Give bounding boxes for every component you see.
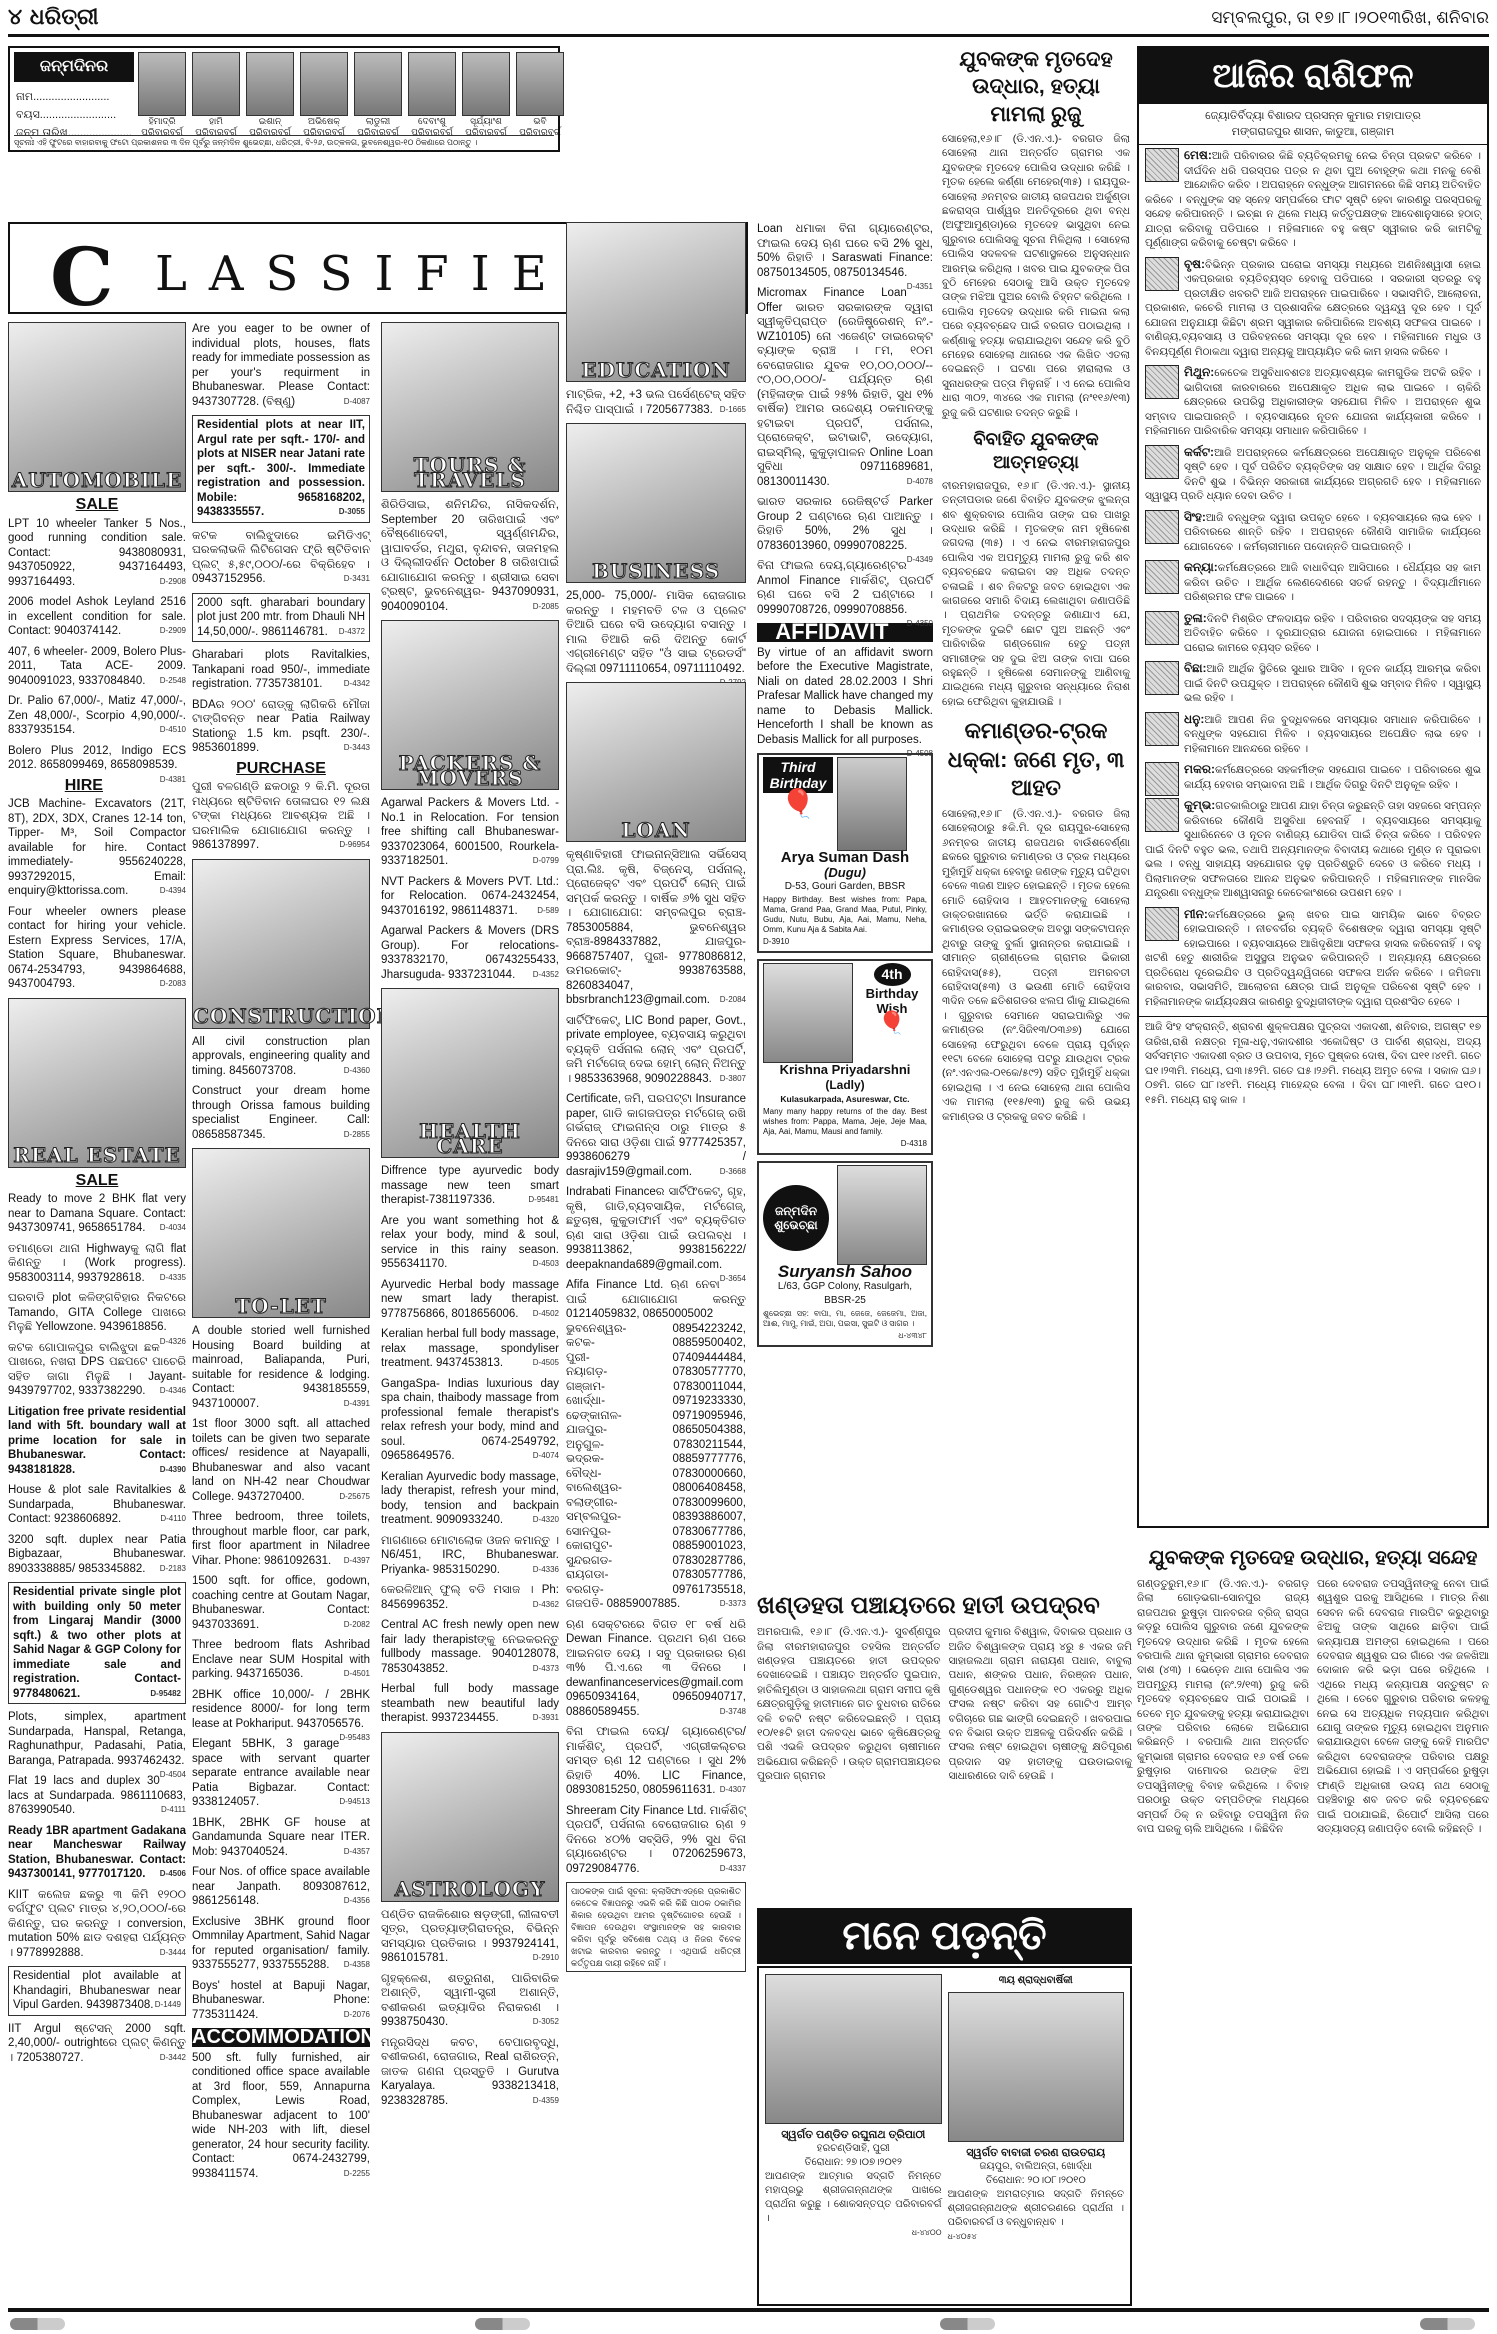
zodiac-icon: [1145, 148, 1179, 182]
classified-ad: 407, 6 wheeler- 2009, Bolero Plus- 2011,…: [8, 645, 186, 689]
classified-ad: Four Nos. of office space available near…: [192, 1865, 370, 1909]
ad-code: D-94513: [339, 1795, 370, 1810]
branch-row: ରାୟଗଡା-07830577786,: [566, 1568, 746, 1583]
registration-mark: [940, 2318, 995, 2330]
ad-code: D-2908: [160, 575, 186, 590]
ad-code: D-4362: [533, 1598, 559, 1613]
classified-ad: ଭାରତ ସରକାର ରେଜିଷ୍ଟର୍ଡ Parker Group 2 ଘଣ୍…: [757, 495, 933, 553]
ad-code: D-4320: [533, 1513, 559, 1528]
rashi-sign: ମକର:କର୍ମକ୍ଷେତ୍ରରେ ସହକର୍ମୀଙ୍କ ସହଯୋଗ ପାଇବେ…: [1139, 759, 1487, 795]
branch-row: ପୁରୀ-07409444484,: [566, 1351, 746, 1366]
ad-code: D-2855: [344, 1128, 370, 1143]
branch-row: ବରଗଡ଼-09761735518,: [566, 1583, 746, 1598]
classified-col-2: Are you eager to be owner of individual …: [192, 322, 370, 2187]
classified-ad: Exclusive 3BHK ground floor Ommnilay Apa…: [192, 1915, 370, 1973]
classified-ad: ଗୃହକ୍ଳେଶ, ଶତ୍ରୁନାଶ, ପାରିବାରିକ ଅଶାନ୍ତି, ସ…: [381, 1972, 559, 2030]
branch-row: ବଲାଙ୍ଗୀର-07830099600,: [566, 1496, 746, 1511]
kid-photo-card: ଇଶାନ୍ପରିବାରବର୍ଗ: [246, 52, 294, 138]
classified-ad: 1500 sqft. for office, godown, coaching …: [192, 1574, 370, 1632]
ad-code: D-4087: [344, 395, 370, 410]
balloons-icon: 🎈: [857, 1016, 927, 1031]
classified-ad: Agarwal Packers & Movers (DRS Group). Fo…: [381, 924, 559, 982]
ad-code: D-4111: [161, 1803, 186, 1818]
rashifal-author: ଜ୍ୟୋତିର୍ବିଦ୍ୟା ବିଶାରଦ ପ୍ରସନ୍ନ କୁମାର ମହାପ…: [1139, 104, 1487, 145]
ad-code: D-4381: [160, 773, 186, 788]
ad-code: D-4505: [533, 1356, 559, 1371]
ad-code: D-2085: [533, 600, 559, 615]
classified-ad: Certificate, ଜମି, ଘରପଟ୍ଟା Insurance pape…: [566, 1092, 746, 1179]
classified-ad: Residential plot available at Khandagiri…: [8, 1966, 186, 2016]
photo-raghunath: [765, 1974, 942, 2124]
logo-rest: LASSIFIED: [155, 246, 629, 302]
branch-row: ଭଦ୍ରକ-08859777776,: [566, 1452, 746, 1467]
kid-photo: [192, 52, 240, 116]
classified-ad: Plots, simplex, apartment Sundarpada, Ha…: [8, 1710, 186, 1768]
classified-ad: Agarwal Packers & Movers Ltd. - No.1 in …: [381, 796, 559, 869]
zodiac-icon: [1145, 365, 1179, 399]
birthday-wishes-box: ଜନ୍ମଦିନର ଶୁଭେଚ୍ଛା ନାମ...................…: [8, 46, 560, 152]
ad-code: D-2255: [344, 2167, 370, 2182]
branch-row: କଟକ-08859500402,: [566, 1336, 746, 1351]
classified-ad: Ayurvedic Herbal body massage new smart …: [381, 1278, 559, 1322]
ad-code: D-3807: [720, 1072, 746, 1087]
classified-ad: Central AC fresh newly open new fair lad…: [381, 1618, 559, 1676]
classified-ad: Are you want something hot & relax your …: [381, 1214, 559, 1272]
ad-code: D-0799: [533, 854, 559, 869]
photo-krishna: [763, 963, 853, 1063]
ad-code: D-2910: [533, 1951, 559, 1966]
story1-headline: ଯୁବକଙ୍କ ମୃତଦେହ ଉଦ୍ଧାର, ହତ୍ୟା ମାମଲା ରୁଜୁ: [942, 46, 1130, 128]
ad-code: D-3431: [344, 572, 370, 587]
ad-code: D-4351: [907, 280, 933, 295]
story1-body: ସୋହେଲା,୧୬।୮ (ଡି.ଏନ.ଏ.)- ବରଗଡ ଜିଲା ସୋହେଲା…: [942, 132, 1130, 420]
ad-code: D-1665: [720, 403, 746, 418]
classified-col-4: EDUCATION ମାଟ୍ରିକ, +2, +3 ଭଲ ପର୍ସେଣ୍ଟେଜ୍…: [566, 222, 746, 1972]
classified-ad: 500 sft. fully furnished, air conditione…: [192, 2051, 370, 2182]
tours-image: TOURS & TRAVELS: [381, 322, 559, 492]
story2-body: ବୀରମହାରାଜପୁର, ୧୬।୮ (ଡି.ଏନ.ଏ.)- ସ୍ଥାନୀୟ ତ…: [942, 479, 1130, 710]
ad-code: D-2084: [720, 993, 746, 1008]
education-image: EDUCATION: [566, 222, 746, 382]
classified-ad: Litigation free private residential land…: [8, 1405, 186, 1478]
realestate-image: REAL ESTATE: [8, 998, 186, 1168]
balloons-icon: 🎈: [763, 797, 833, 812]
classified-ad: Three bedroom flats Ashribad Enclave nea…: [192, 1638, 370, 1682]
ad-code: D-4501: [344, 1667, 370, 1682]
classified-ad: Construct your dream home through Orissa…: [192, 1084, 370, 1142]
story4-headline: ଖଣ୍ଡହତା ପଞ୍ଚାୟତରେ ହାତୀ ଉପଦ୍ରବ: [757, 1590, 1132, 1621]
classified-ad: NVT Packers & Movers PVT. Ltd.: for Relo…: [381, 875, 559, 919]
branch-row: କୋରାପୁଟ-08859001023,: [566, 1539, 746, 1554]
kid-photo: [138, 52, 186, 116]
wish-suryansh: ଜନ୍ମଦିନ ଶୁଭେଚ୍ଛା Suryansh Sahoo L/63, GG…: [757, 1161, 933, 1347]
classified-ad: A double storied well furnished Housing …: [192, 1324, 370, 1411]
ad-code: D-96954: [339, 838, 370, 853]
classified-ad: ମନ୍ତ୍ରସିଦ୍ଧ କବଚ, ବେପାରବୃଦ୍ଧି, ବଶୀକରଣ, ରୋ…: [381, 2036, 559, 2109]
branch-row: ଭୁବନେଶ୍ୱର-08954223242,: [566, 1322, 746, 1337]
rashi-sign: ବୃଷ:ବିଭିନ୍ନ ପ୍ରକାର ଘରୋଇ ସମସ୍ୟା ମଧ୍ୟରେ ଅଣ…: [1139, 254, 1487, 363]
memorial-left: ସ୍ୱର୍ଗତ ପଣ୍ଡିତ ରଘୁନାଥ ତ୍ରିପାଠୀ ହରଚଣ୍ଡିସା…: [765, 1974, 942, 2244]
affidavit-ad: By virtue of an affidavit sworn before t…: [757, 646, 933, 748]
rashi-sign: ମେଷ:ଆଜି ପରିବାରର କିଛି ବ୍ୟତିକ୍ରମକୁ ନେଇ ଚିନ…: [1139, 145, 1487, 254]
wish-arya: Third Birthday 🎈 Arya Suman Dash (Dugu) …: [757, 753, 933, 953]
ad-code: D-95482: [150, 1687, 181, 1702]
classified-ad: Herbal full body massage steambath new b…: [381, 1682, 559, 1726]
wish-krishna: 4th Birthday Wish 🎈 Krishna Priyadarshni…: [757, 959, 933, 1155]
photo-arya: [837, 757, 907, 851]
classified-ad: BDAର ୨୦୦' ରୋଡ୍‌କୁ ଲାଗିକରି ମୌଜା ଟାଙ୍ଗିବନ୍…: [192, 698, 370, 756]
memorial-title: ମନେ ପଡ଼ନ୍ତି: [757, 1908, 1132, 1964]
ad-code: D-3444: [160, 1946, 186, 1961]
kid-photo: [516, 52, 564, 116]
sale-heading: SALE: [8, 498, 186, 513]
classified-ad: Micromax Finance Loan Offer ଭାରତ ସରକାରଙ୍…: [757, 286, 933, 489]
page-number-title: ୪ ଧରିତ୍ରୀ: [8, 4, 99, 30]
ad-code: D-2076: [344, 2008, 370, 2023]
ad-code: D-2183: [160, 1562, 186, 1577]
ad-code: D-4391: [344, 1397, 370, 1412]
branch-row: ଢେଙ୍କାନାଳ-09719095946,: [566, 1409, 746, 1424]
classified-ad: KIIT କଲେଜ ଛକରୁ ୩ କିମି ୧୨୦୦ ବର୍ଗଫୁଟ ପ୍ଲଟ …: [8, 1888, 186, 1961]
zodiac-icon: [1145, 798, 1179, 832]
branch-row: ନୟାଗଡ଼-07830577770,: [566, 1365, 746, 1380]
construction-image: CONSTRUCTION: [192, 859, 370, 1029]
ad-code: D-4502: [533, 1307, 559, 1322]
ad-code: D-4349: [907, 553, 933, 568]
branch-row: ସୁନ୍ଦରଗଡ-07830287786,: [566, 1554, 746, 1569]
classified-ad: ବିନା ଫାଇଲ ଦେୟ,ଗ୍ୟାରେଣ୍ଟର Anmol Finance ମ…: [757, 559, 933, 617]
ad-code: D-3748: [720, 1705, 746, 1720]
rashifal-box: ଆଜିର ରାଶିଫଳ ଜ୍ୟୋତିର୍ବିଦ୍ୟା ବିଶାରଦ ପ୍ରସନ୍…: [1137, 46, 1489, 1528]
classified-ad: କେରଳିଆନ୍ ଫୁଲ୍ ବଡି ମସାଜ । Ph: 8456996352.…: [381, 1583, 559, 1612]
ad-code: D-4360: [344, 1064, 370, 1079]
kid-photo-card: ଭବିପରିବାରବର୍ଗ: [516, 52, 564, 138]
logo-c: C: [50, 230, 114, 324]
classified-ad: Are you eager to be owner of individual …: [192, 322, 370, 409]
dateline: ସମ୍ବଲପୁର, ତା ୧୭।୮।୨୦୧୩ରିଖ, ଶନିବାର: [1211, 8, 1489, 28]
realestate-sale-heading: SALE: [8, 1174, 186, 1189]
ad-code: D-4357: [344, 1845, 370, 1860]
afifa-finance-ad: Afifa Finance Ltd. ଋଣ ନେବା ପାଇଁ ଯୋଗାଯୋଗ …: [566, 1278, 746, 1612]
ad-code: D-3931: [533, 1711, 559, 1726]
classified-ad: LPT 10 wheeler Tanker 5 Nos., good runni…: [8, 517, 186, 590]
ad-code: D-4356: [344, 1894, 370, 1909]
story3-headline: କମାଣ୍ଡର-ଟ୍ରକ ଧକ୍କା: ଜଣେ ମୃତ, ୩ ଆହତ: [942, 717, 1130, 803]
classified-ad: ମାଗଣାରେ ମୋଟାଲୋକ ଓଜନ କମାନ୍ତୁ । N6/451, IR…: [381, 1534, 559, 1578]
classified-ad: 3200 sqft. duplex near Patia Bigbazaar, …: [8, 1533, 186, 1577]
kid-photo: [300, 52, 348, 116]
ad-code: D-4350: [907, 617, 933, 632]
classified-ad: ଋଣ ସେକ୍ଟରରେ ବିଗତ ୧୮ ବର୍ଷ ଧରି Dewan Finan…: [566, 1618, 746, 1720]
classified-ad: Elegant 5BHK, 3 garage space with servan…: [192, 1737, 370, 1810]
kid-photo: [354, 52, 402, 116]
ad-code: D-4359: [533, 2094, 559, 2109]
classified-ad: Loan ଧମାକା ବିନା ଗ୍ୟାରେଣ୍ଟର, ଫାଇଲ ଦେୟ ଋଣ …: [757, 222, 933, 280]
birthday-note: ସୂଚନାଃ ଏହି ଫୁଟରେ ବାହାରବାକୁ ଫଟୋ ପ୍ରକାଶନର …: [14, 135, 554, 148]
memorial-right: ୩ୟ ଶ୍ରାଦ୍ଧବାର୍ଷିକୀ ସ୍ୱର୍ଗତ ବାବାଜୀ ଚରଣ ରା…: [948, 1974, 1125, 2244]
ad-code: D-4397: [344, 1554, 370, 1569]
branch-row: ସମ୍ବଲପୁର-08393886007,: [566, 1510, 746, 1525]
zodiac-icon: [1145, 560, 1179, 594]
classified-ad: ପୁରୀ ବଳଗଣ୍ଡି ଛକଠାରୁ ୨ କି.ମି. ଦୂରତା ମଧ୍ୟର…: [192, 780, 370, 853]
form-age: ବୟସ.........................: [16, 106, 132, 124]
photo-babaji: [948, 1992, 1125, 2142]
story5-body-2: ପରେ ଦେବରାଜ ତପସ୍ୱିନୀଙ୍କୁ ନେବା ପାଇଁ ଶ୍ୱଶୁର…: [1317, 1577, 1489, 1836]
ad-code: D-4503: [533, 1257, 559, 1272]
accommodation-heading: ACCOMMODATION: [192, 2028, 370, 2047]
classified-col-5: Loan ଧମାକା ବିନା ଗ୍ୟାରେଣ୍ଟର, ଫାଇଲ ଦେୟ ଋଣ …: [757, 222, 933, 1347]
ad-code: D-4504: [160, 1768, 186, 1783]
ad-code: D-4110: [160, 1512, 186, 1527]
classified-ad: 2BHK office 10,000/- / 2BHK residence 80…: [192, 1688, 370, 1732]
zodiac-icon: [1145, 762, 1179, 796]
rashi-sign: ମୀନ:କର୍ମକ୍ଷେତ୍ରରେ ଭୁଲ୍ ଖବର ପାଇ ସାମୟିକ ଭା…: [1139, 904, 1487, 1013]
purchase-heading: PURCHASE: [192, 762, 370, 777]
ad-code: D-3668: [720, 1165, 746, 1180]
classified-ad: କଟକ ଗୋପାଳପୁର ବାଲିଝୁଦା ଛକ ପାଖରେ, ନଖରା DPS…: [8, 1341, 186, 1399]
classified-ad: 2000 sqft. gharabari boundary plot just …: [192, 593, 370, 643]
panjika: ଆଜି ସିଂହ ସଂକ୍ରାନ୍ତି, ଶ୍ରାବଣ ଶୁକ୍ଳପକ୍ଷର ପ…: [1139, 1016, 1487, 1110]
ad-code: D-95481: [528, 1193, 559, 1208]
branch-row: ଯାଜପୁର-08650504388,: [566, 1423, 746, 1438]
classified-ad: House & plot sale Ravitalkies & Sundarpa…: [8, 1483, 186, 1527]
classified-ad: Ready to move 2 BHK flat very near to Da…: [8, 1192, 186, 1236]
story2-headline: ବିବାହିତ ଯୁବକଙ୍କ ଆତ୍ମହତ୍ୟା: [942, 428, 1130, 475]
birthday-form: ନାମ......................... ବୟସ........…: [16, 88, 132, 142]
classified-ad: Residential plots at near IIT, Argul rat…: [192, 415, 370, 523]
ad-code: D-4342: [344, 677, 370, 692]
kids-photos: ହିମାଦ୍ରିପରିବାରବର୍ଗହାମିପରିବାରବର୍ଗଇଶାନ୍ପରି…: [138, 52, 564, 138]
zodiac-icon: [1145, 661, 1179, 695]
classified-ad: ଶିରିଡିସାଇ, ଶନିମନ୍ଦିର, ନାସିକଦର୍ଶନ, Septem…: [381, 498, 559, 614]
classified-ad: ତମାଣ୍ଡୋ ଥାନା Highwayକୁ ଲାଗି flat କିଣନ୍ତୁ…: [8, 1242, 186, 1286]
kid-photo: [246, 52, 294, 116]
ad-code: D-2909: [160, 624, 186, 639]
kid-photo-card: ହାମିପରିବାରବର୍ଗ: [192, 52, 240, 138]
classified-ad: Boys' hostel at Bapuji Nagar, Bhubaneswa…: [192, 1979, 370, 2023]
ad-code: D-1449: [155, 1998, 181, 2013]
classified-ad: Keralian Ayurvedic body massage, lady th…: [381, 1470, 559, 1528]
classified-col-1: AUTOMOBILE SALE LPT 10 wheeler Tanker 5 …: [8, 322, 186, 2071]
classified-ad: All civil construction plan approvals, e…: [192, 1035, 370, 1079]
classified-ad: Dr. Palio 67,000/-, Matiz 47,000/-, Zen …: [8, 694, 186, 738]
ad-code: D-4335: [160, 1271, 186, 1286]
ad-code: D-4394: [160, 884, 186, 899]
rashi-sign: କୁମ୍ଭ:ଗତକାଲିଠାରୁ ଆପଣ ଯାହା ଚିନ୍ତା କରୁଛନ୍ତ…: [1139, 795, 1487, 904]
branch-row: ବାଲେଶ୍ୱର-08006408458,: [566, 1481, 746, 1496]
header-rule: [8, 34, 1489, 37]
tolet-image: TO-LET: [192, 1148, 370, 1318]
classified-ad: JCB Machine- Excavators (21T, 8T), 2DX, …: [8, 797, 186, 899]
ad-code: D-4373: [533, 1662, 559, 1677]
classified-ad: ପଣ୍ଡିତ ରାଜକିଶୋର ଷଡ଼ଙ୍ଗୀ, ଲୀଳାବତୀ ସୂତ୍ର, …: [381, 1908, 559, 1966]
story5: ଯୁବକଙ୍କ ମୃତଦେହ ଉଦ୍ଧାର, ହତ୍ୟା ସନ୍ଦେହ ଗଣ୍ଡ…: [1137, 1545, 1489, 1836]
classified-ad: Indrabati Financeର ସାର୍ଟିଫିକେଟ୍, ଗୃହ, କୃ…: [566, 1185, 746, 1272]
classified-ad: Bolero Plus 2012, Indigo ECS 2012. 86580…: [8, 744, 186, 773]
zodiac-icon: [1145, 611, 1179, 645]
rashi-sign: ମିଥୁନ:କେତେକ ଅସୁବିଧାବଶତଃ ଅତ୍ୟାବଶ୍ୟକ କାମଗୁ…: [1139, 362, 1487, 442]
ad-code: D-95483: [339, 1731, 370, 1746]
classified-ad: IIT Argul ଷ୍ଟେସନ୍ 2000 sqft. 2,40,000/- …: [8, 2022, 186, 2066]
classified-ad: 1BHK, 2BHK GF house at Gandamunda Square…: [192, 1816, 370, 1860]
classified-ad: ସାର୍ଟିଫିକେଟ୍, LIC Bond paper, Govt., pri…: [566, 1014, 746, 1087]
classified-ad: କୃଷ୍ଣାବିହାରୀ ଫାଇନାନ୍ସିଆଲ ସର୍ଭିସେସ୍ ପ୍ରା.…: [566, 848, 746, 1008]
ad-code: D-4372: [339, 625, 365, 640]
ad-code: D-25675: [339, 1490, 370, 1505]
classified-ad: GangaSpa- Indias luxurious day spa chain…: [381, 1377, 559, 1464]
birthday-title: ଜନ୍ମଦିନର ଶୁଭେଚ୍ଛା: [14, 52, 134, 82]
rashi-sign: ସିଂହ:ଆଜି ବନ୍ଧୁଙ୍କ ଦ୍ୱାରା ଉପକୃତ ହେବେ । ବ୍…: [1139, 507, 1487, 558]
ad-code: D-4352: [533, 968, 559, 983]
story3-body: ସୋହେଲା,୧୬।୮ (ଡି.ଏନ.ଏ.)- ବରଗଡ ଜିଲା ସୋହେଲା…: [942, 807, 1130, 1124]
ad-code: D-3052: [533, 2015, 559, 2030]
zodiac-icon: [1145, 907, 1179, 941]
rashifal-title: ଆଜିର ରାଶିଫଳ: [1139, 48, 1487, 104]
branch-row: ଅନୁଗୁଳ-07830211544,: [566, 1438, 746, 1453]
ad-code: D-4336: [533, 1563, 559, 1578]
kid-photo-card: ସୂର୍ଯ୍ୟାଂଶପରିବାରବର୍ଗ: [462, 52, 510, 138]
registration-mark: [475, 2318, 530, 2330]
ad-code: D-4307: [720, 1783, 746, 1798]
rashi-sign: ବିଛା:ଆଜି ଆର୍ଥିକ ସ୍ଥିତିରେ ସୁଧାର ଆସିବ । ନୂ…: [1139, 658, 1487, 709]
branch-row: ବୌଦ୍ଧ-07830000660,: [566, 1467, 746, 1482]
packers-image: PACKERS & MOVERS: [381, 620, 559, 790]
ad-code: D-3055: [339, 505, 365, 520]
classified-ad: କଟକ ବାଲିଝୁଦାରେ ଇମିଡିଏଟ୍ ଘରକଲାଭଳି ଲିଟିଗେସ…: [192, 529, 370, 587]
branch-row: ସୋନପୁର-07830677786,: [566, 1525, 746, 1540]
zodiac-icon: [1145, 257, 1179, 291]
ad-code: D-4510: [160, 723, 186, 738]
classified-col-3: TOURS & TRAVELS ଶିରିଡିସାଇ, ଶନିମନ୍ଦିର, ନା…: [381, 322, 559, 2114]
ad-code: D-3443: [344, 741, 370, 756]
astrology-image: ASTROLOGY: [381, 1732, 559, 1902]
zodiac-icon: [1145, 445, 1179, 479]
classified-ad: 2006 model Ashok Leyland 2516 in excelle…: [8, 595, 186, 639]
branch-row: ଖୋର୍ଦ୍ଧା-09719233330,: [566, 1394, 746, 1409]
photo-suryansh: [837, 1165, 927, 1265]
page-header: ୪ ଧରିତ୍ରୀ ସମ୍ବଲପୁର, ତା ୧୭।୮।୨୦୧୩ରିଖ, ଶନି…: [8, 4, 1489, 34]
classified-ad: ଘରବାଡି plot କଳିଙ୍ଗବିହାର ନିକଟରେ Tamando, …: [8, 1291, 186, 1335]
ad-code: D-2083: [160, 977, 186, 992]
kid-photo: [462, 52, 510, 116]
classified-ad: Diffrence type ayurvedic body massage ne…: [381, 1164, 559, 1208]
classified-ad: Three bedroom, three toilets, throughout…: [192, 1510, 370, 1568]
reader-notice: ପାଠକଙ୍କ ପାଇଁ ସୂଚନା: କ୍ଲାସିଫାଏଡ୍‌ରେ ପ୍ରକା…: [566, 1882, 746, 1972]
classified-ad: ବିନା ଫାଇଲ ଦେୟ/ ଗ୍ୟାରେଣ୍ଟର/ ମାର୍କଶିଟ୍, ପ୍…: [566, 1725, 746, 1798]
story4-body-2: ପ୍ରଦୀପ କୁମାର ବିଶ୍ୱାଳ, ଦିବାକର ପ୍ରଧାନ ଓ ଅଜ…: [949, 1625, 1133, 1783]
ad-code: D-4358: [344, 1958, 370, 1973]
footer-rule: [8, 2308, 1489, 2312]
rashi-sign: କନ୍ୟା:କର୍ମକ୍ଷେତ୍ରରେ ଆଜି ବାଧାବିଘ୍ନ ଆସିପାର…: [1139, 557, 1487, 608]
story4-body-1: ଅମରପାଲି, ୧୬।୮ (ଡି.ଏନ.ଏ.)- ସୁବର୍ଣ୍ଣପୁର ଜି…: [757, 1625, 941, 1783]
ad-code: D-4326: [160, 1335, 186, 1350]
rashi-sign: କର୍କଟ:ଆଜି ଅପରାହ୍ନରେ କର୍ମକ୍ଷେତ୍ରରେ ଅପେକ୍ଷ…: [1139, 442, 1487, 507]
kid-photo-card: ଲାଡୁଲୀପରିବାରବର୍ଗ: [354, 52, 402, 138]
classified-ad: 1st floor 3000 sqft. all attached toilet…: [192, 1417, 370, 1504]
classified-ad: Gharabari plots Ravitalkies, Tankapani r…: [192, 648, 370, 692]
ad-code: D-3442: [160, 2051, 186, 2066]
loan-image: LOAN: [566, 682, 746, 842]
zodiac-icon: [1145, 712, 1179, 746]
story5-headline: ଯୁବକଙ୍କ ମୃତଦେହ ଉଦ୍ଧାର, ହତ୍ୟା ସନ୍ଦେହ: [1137, 1545, 1489, 1571]
rashi-sign: ତୁଳା:ଦିନଟି ମିଶ୍ରିତ ଫଳଦାୟକ ରହିବ । ପରିବାରର…: [1139, 608, 1487, 659]
ad-code: D-4074: [533, 1449, 559, 1464]
classified-ad: 25,000- 75,000/- ମାସିକ ରୋଜଗାର କରନ୍ତୁ । ମ…: [566, 589, 746, 676]
classified-ad: Flat 19 lacs and duplex 30 lacs at Sunda…: [8, 1774, 186, 1818]
ad-code: D-4346: [160, 1384, 186, 1399]
story4: ଖଣ୍ଡହତା ପଞ୍ଚାୟତରେ ହାତୀ ଉପଦ୍ରବ ଅମରପାଲି, ୧…: [757, 1590, 1132, 1784]
kid-photo-card: ଦେବାଂଶୁପରିବାରବର୍ଗ: [408, 52, 456, 138]
ad-code: D-4337: [720, 1862, 746, 1877]
ad-code: D-4034: [160, 1221, 186, 1236]
classified-ad: Residential private single plot with bui…: [8, 1582, 186, 1704]
ad-code: D-4506: [160, 1867, 186, 1882]
kid-photo-card: ହିମାଦ୍ରିପରିବାରବର୍ଗ: [138, 52, 186, 138]
ad-code: D-2548: [160, 674, 186, 689]
ad-code: D-589: [537, 904, 559, 919]
news-column: ଯୁବକଙ୍କ ମୃତଦେହ ଉଦ୍ଧାର, ହତ୍ୟା ମାମଲା ରୁଜୁ …: [942, 46, 1130, 1124]
rashi-sign: ଧନୁ:ଆଜି ଆପଣ ନିଜ ବୁଦ୍ଧିବଳରେ ସମସ୍ୟାର ସମାଧା…: [1139, 709, 1487, 760]
ad-code: D-4078: [907, 475, 933, 490]
registration-mark: [1420, 2318, 1475, 2330]
ad-code: D-2082: [344, 1618, 370, 1633]
classified-ad: Four wheeler owners please contact for h…: [8, 905, 186, 992]
ad-code: D-4390: [160, 1463, 186, 1478]
classified-ad: Ready 1BR apartment Gadakana near Manche…: [8, 1824, 186, 1882]
classified-ad: Shreeram City Finance Ltd. ମାର୍କଶିଟ୍ ପ୍ର…: [566, 1804, 746, 1877]
kid-photo: [408, 52, 456, 116]
ad-code: D-3654: [720, 1272, 746, 1287]
kid-photo-card: ଅଭିଷେକ୍ପରିବାରବର୍ଗ: [300, 52, 348, 138]
form-name: ନାମ.........................: [16, 88, 132, 106]
story5-body-1: ଗଣ୍ଡତୁରୁମ,୧୬।୮ (ଡି.ଏନ.ଏ.)- ବରଗଡ଼ ଜିଲା ଗୋ…: [1137, 1577, 1309, 1836]
zodiac-icon: [1145, 510, 1179, 544]
branch-row: ଗଞ୍ଜାମ-07830011044,: [566, 1380, 746, 1395]
classified-ad: ମାଟ୍ରିକ, +2, +3 ଭଲ ପର୍ସେଣ୍ଟେଜ୍ ସହିତ ନିଶ୍…: [566, 388, 746, 417]
healthcare-image: HEALTH CARE: [381, 988, 559, 1158]
memorial-box: ସ୍ୱର୍ଗତ ପଣ୍ଡିତ ରଘୁନାଥ ତ୍ରିପାଠୀ ହରଚଣ୍ଡିସା…: [757, 1966, 1132, 2306]
automobile-image: AUTOMOBILE: [8, 322, 186, 492]
classified-ad: Keralian herbal full body massage, relax…: [381, 1327, 559, 1371]
business-image: BUSINESS: [566, 423, 746, 583]
registration-mark: [10, 2318, 65, 2330]
